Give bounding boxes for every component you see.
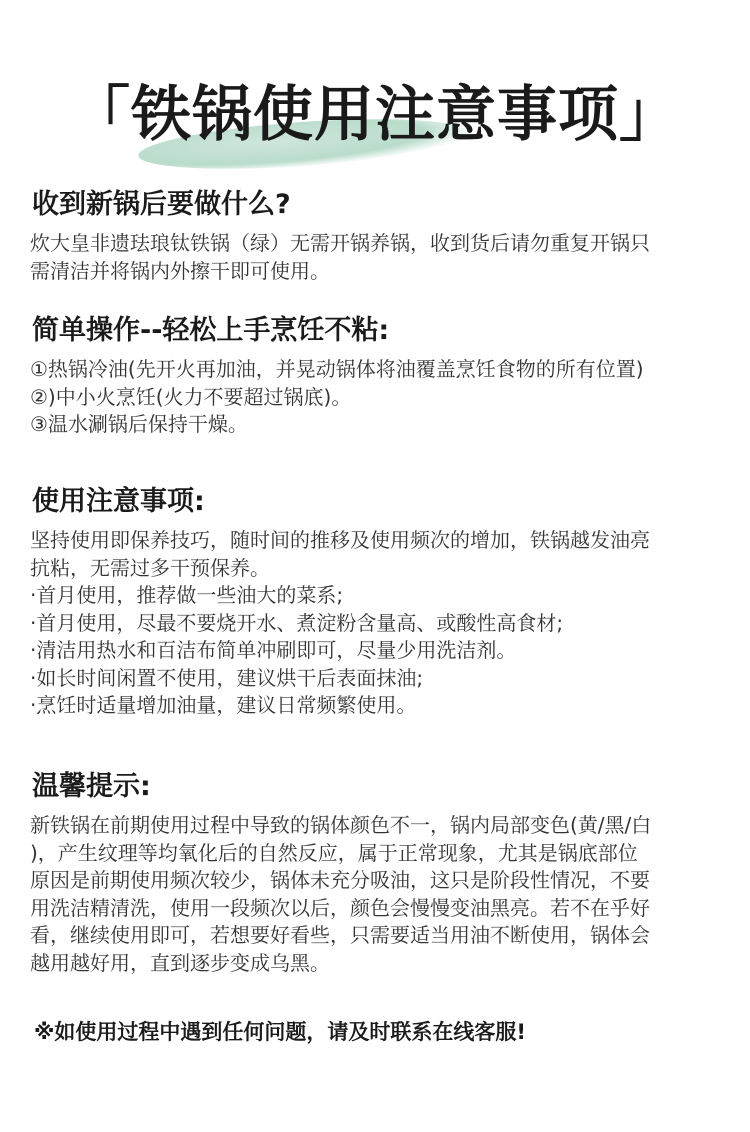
text-line: 坚持使用即保养技巧，随时间的推移及使用频次的增加，铁锅越发油亮 [30,527,720,555]
text-line: )，产生纹理等均氧化后的自然反应，属于正常现象，尤其是锅底部位 [30,840,720,868]
bullet-item: ·首月使用，尽最不要烧开水、煮淀粉含量高、或酸性高食材; [30,610,720,638]
text-line: 新铁锅在前期使用过程中导致的锅体颜色不一，锅内局部变色(黄/黑/白 [30,812,720,840]
bullet-item: ·首月使用，推荐做一些油大的菜系; [30,582,720,610]
section-body: 新铁锅在前期使用过程中导致的锅体颜色不一，锅内局部变色(黄/黑/白 )，产生纹理… [30,812,720,977]
text-line: 原因是前期使用频次较少，锅体未充分吸油，这只是阶段性情况，不要 [30,867,720,895]
bullet-item: ·清洁用热水和百洁布简单冲刷即可，尽量少用洗洁剂。 [30,637,720,665]
section-simple-operation: 简单操作--轻松上手烹饪不粘: ①热锅冷油(先开火再加油，并晃动锅体将油覆盖烹饪… [30,312,720,439]
section-usage-notes: 使用注意事项: 坚持使用即保养技巧，随时间的推移及使用频次的增加，铁锅越发油亮 … [30,483,720,720]
text-line: 炊大皇非遗珐琅钛铁锅（绿）无需开锅养锅，收到货后请勿重复开锅只 [30,230,720,258]
contact-notice: ※如使用过程中遇到任何问题，请及时联系在线客服! [32,1017,528,1047]
section-heading: 简单操作--轻松上手烹饪不粘: [30,312,391,350]
section-heading: 温馨提示: [30,768,153,806]
text-line: 需清洁并将锅内外擦干即可使用。 [30,258,720,286]
section-body: 炊大皇非遗珐琅钛铁锅（绿）无需开锅养锅，收到货后请勿重复开锅只 需清洁并将锅内外… [30,230,720,285]
text-line: 看，继续使用即可，若想要好看些，只需要适当用油不断使用，锅体会 [30,922,720,950]
section-body: 坚持使用即保养技巧，随时间的推移及使用频次的增加，铁锅越发油亮 抗粘，无需过多干… [30,527,720,720]
bullet-item: ·如长时间闲置不使用，建议烘干后表面抹油; [30,665,720,693]
section-heading: 收到新锅后要做什么? [30,186,293,224]
step-item: ③温水涮锅后保持干燥。 [30,411,720,439]
page-title-block: 「铁锅使用注意事项」 [0,70,750,160]
section-after-receiving: 收到新锅后要做什么? 炊大皇非遗珐琅钛铁锅（绿）无需开锅养锅，收到货后请勿重复开… [30,186,720,285]
step-item: ②)中小火烹饪(火力不要超过锅底)。 [30,384,720,412]
text-line: 用洗洁精清洗，使用一段频次以后，颜色会慢慢变油黑亮。若不在乎好 [30,895,720,923]
text-line: 越用越好用，直到逐步变成乌黑。 [30,950,720,978]
bullet-item: ·烹饪时适量增加油量，建议日常频繁使用。 [30,692,720,720]
section-body: ①热锅冷油(先开火再加油，并晃动锅体将油覆盖烹饪食物的所有位置) ②)中小火烹饪… [30,356,720,439]
section-heading: 使用注意事项: [30,483,207,521]
text-line: 抗粘，无需过多干预保养。 [30,555,720,583]
notice-text: ※如使用过程中遇到任何问题，请及时联系在线客服! [32,1017,528,1047]
step-item: ①热锅冷油(先开火再加油，并晃动锅体将油覆盖烹饪食物的所有位置) [30,356,720,384]
section-warm-tips: 温馨提示: 新铁锅在前期使用过程中导致的锅体颜色不一，锅内局部变色(黄/黑/白 … [30,768,720,977]
page-title: 「铁锅使用注意事项」 [0,70,750,160]
